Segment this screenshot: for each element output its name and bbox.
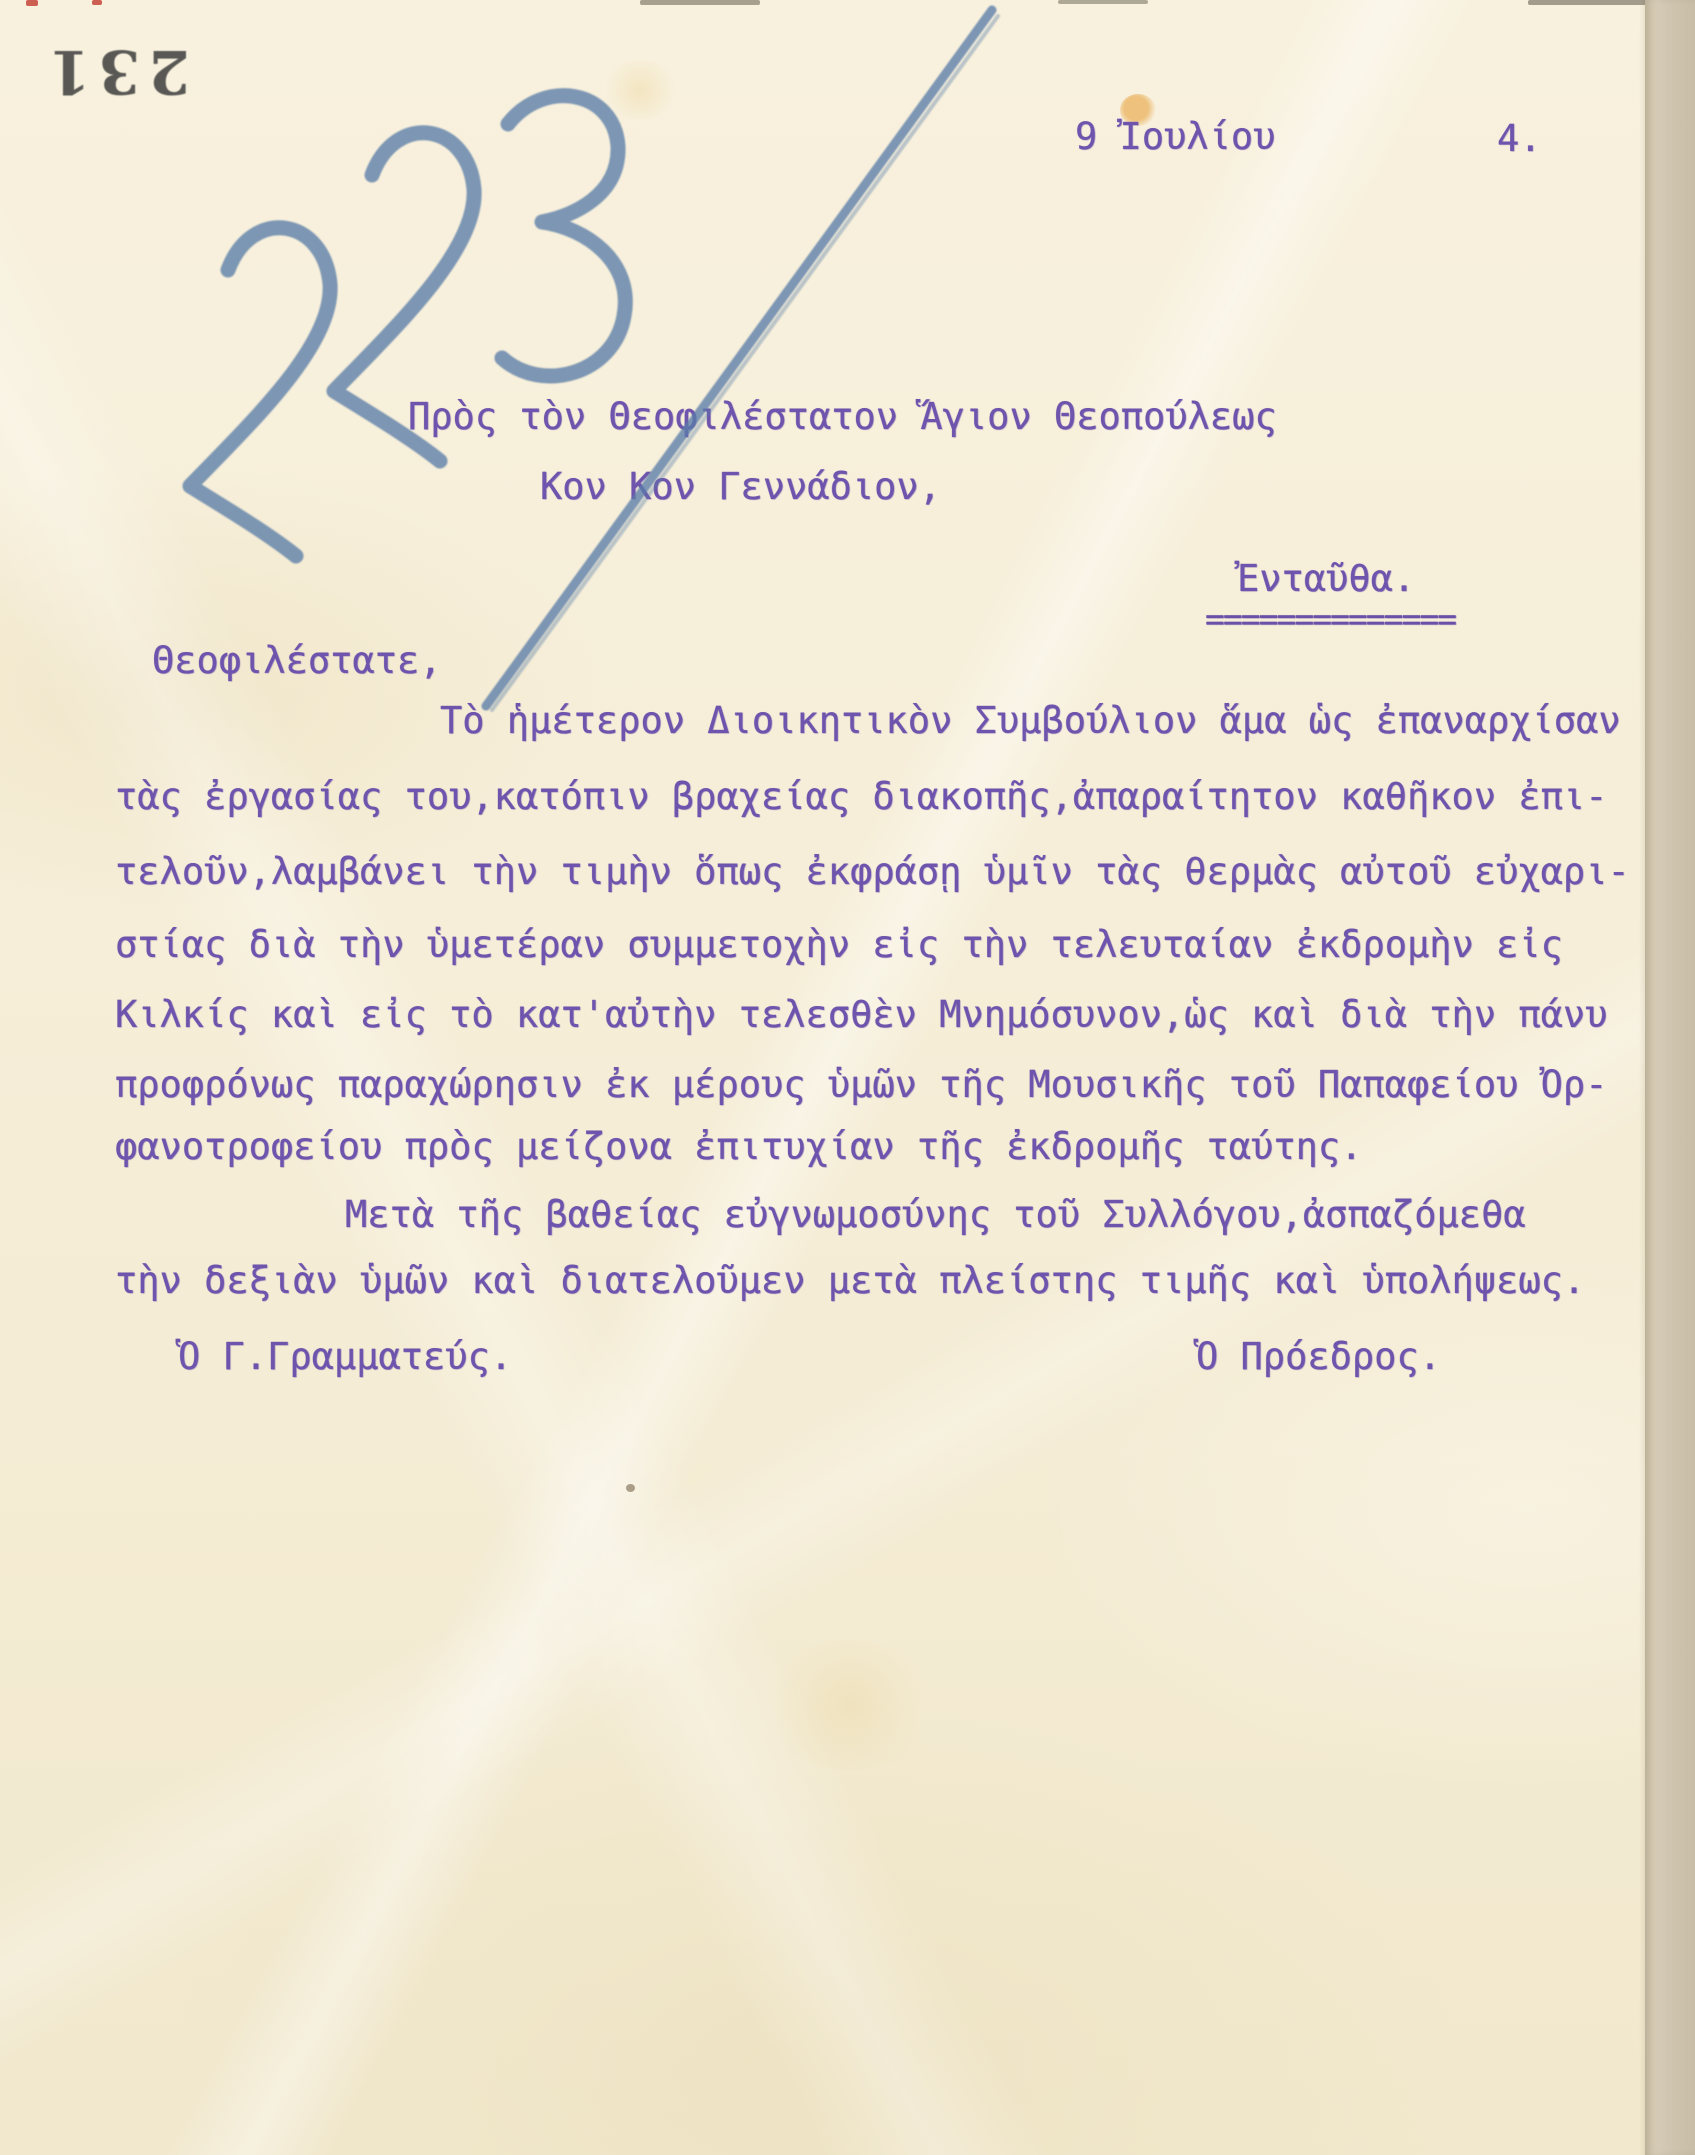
body-line: Κιλκίς καὶ εἰς τὸ κατ'αὐτὴν τελεσθὲν Μνη… <box>115 996 1607 1033</box>
location-line: Ἐνταῦθα. <box>1237 560 1415 597</box>
body-line: τελοῦν,λαμβάνει τὴν τιμὴν ὅπως ἐκφράσῃ ὑ… <box>115 853 1630 890</box>
scan-edge-artifact <box>640 0 760 5</box>
body-line: τὰς ἐργασίας του,κατόπιν βραχείας διακοπ… <box>115 778 1607 815</box>
body-line: στίας διὰ τὴν ὑμετέραν συμμετοχὴν εἰς τὴ… <box>115 926 1563 963</box>
location-underline: ============== <box>1205 602 1455 635</box>
salutation: Θεοφιλέστατε, <box>152 642 442 679</box>
body-line: φανοτροφείου πρὸς μείζονα ἐπιτυχίαν τῆς … <box>115 1128 1362 1165</box>
signature-secretary: Ὁ Γ.Γραμματεύς. <box>178 1338 512 1375</box>
signature-president: Ὁ Πρόεδρος. <box>1196 1338 1441 1375</box>
scan-edge-artifact <box>26 0 38 6</box>
scan-edge-artifact <box>92 0 102 5</box>
year-fragment: 4. <box>1497 120 1542 157</box>
date-text: 9 Ἰουλίου <box>1075 118 1275 155</box>
document-scan: 231 9 Ἰουλίου 4. Πρὸς τὸν Θεοφιλέστατον … <box>0 0 1695 2155</box>
body-line: προφρόνως παραχώρησιν ἐκ μέρους ὑμῶν τῆς… <box>115 1066 1607 1103</box>
body-line: Μετὰ τῆς βαθείας εὐγνωμοσύνης τοῦ Συλλόγ… <box>345 1196 1526 1233</box>
page-edge-strip <box>1645 0 1695 2155</box>
archive-stamp-number: 231 <box>50 36 190 106</box>
body-line: Τὸ ἡμέτερον Διοικητικὸν Συμβούλιον ἅμα ὡ… <box>440 702 1621 739</box>
scan-edge-artifact <box>1058 0 1148 4</box>
recipient-line-1: Πρὸς τὸν Θεοφιλέστατον Ἅγιον Θεοπούλεως <box>408 398 1277 435</box>
recipient-line-2: Κον Κον Γεννάδιον, <box>540 468 941 505</box>
body-line: τὴν δεξιὰν ὑμῶν καὶ διατελοῦμεν μετὰ πλε… <box>115 1262 1585 1299</box>
